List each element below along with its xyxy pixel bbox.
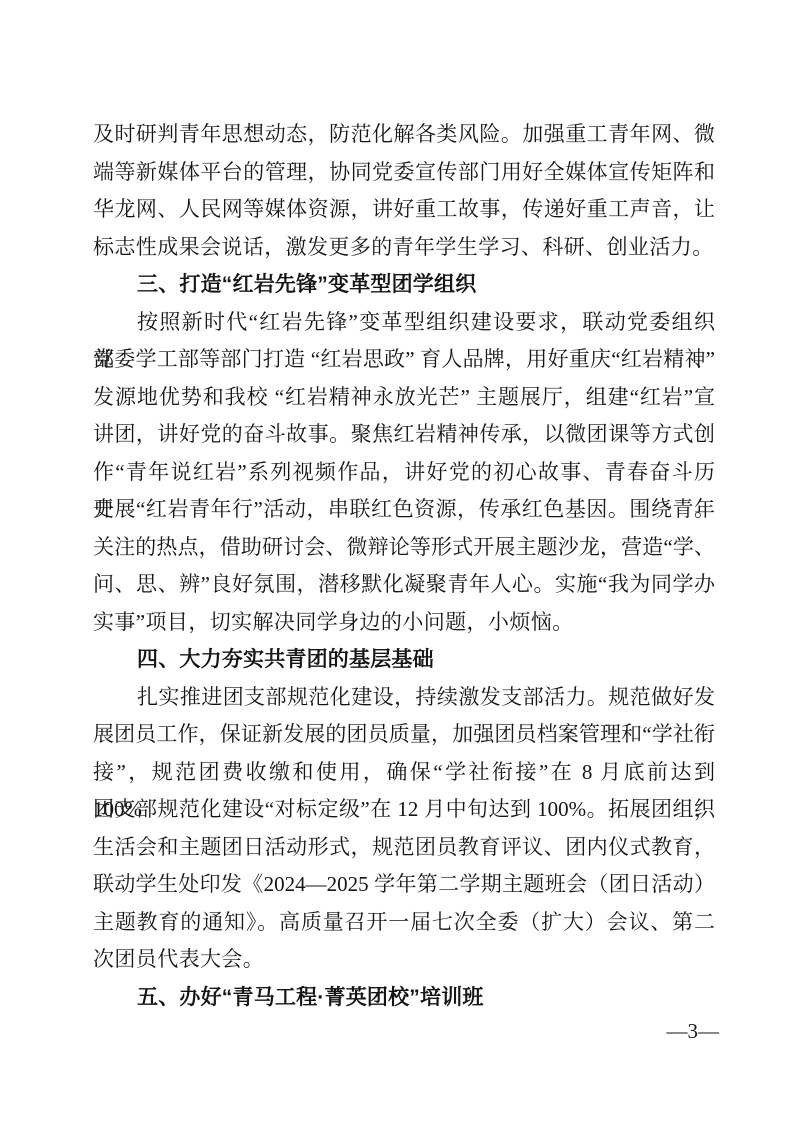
document-body: 及时研判青年思想动态，防范化解各类风险。加强重工青年网、微端等新媒体平台的管理，… — [93, 116, 715, 1016]
page-number: —3— — [667, 1018, 720, 1044]
text-line: 团支部规范化建设“对标定级”在 12 月中旬达到 100%。拓展团组织 — [93, 791, 715, 829]
text-line: 讲团，讲好党的奋斗故事。聚焦红岩精神传承，以微团课等方式创 — [93, 416, 715, 454]
section-heading: 五、办好“青马工程·菁英团校”培训班 — [93, 979, 715, 1017]
section-heading: 四、大力夯实共青团的基层基础 — [93, 641, 715, 679]
text-line: 作“青年说红岩”系列视频作品，讲好党的初心故事、青春奋斗历史。 — [93, 454, 715, 492]
text-line: 扎实推进团支部规范化建设，持续激发支部活力。规范做好发 — [93, 679, 715, 717]
section-heading: 三、打造“红岩先锋”变革型团学组织 — [93, 266, 715, 304]
text-line: 标志性成果会说话，激发更多的青年学生学习、科研、创业活力。 — [93, 229, 715, 267]
text-line: 展团员工作，保证新发展的团员质量，加强团员档案管理和“学社衔 — [93, 716, 715, 754]
text-line: 次团员代表大会。 — [93, 941, 715, 979]
text-line: 联动学生处印发《2024—2025 学年第二学期主题班会（团日活动） — [93, 866, 715, 904]
text-line: 及时研判青年思想动态，防范化解各类风险。加强重工青年网、微 — [93, 116, 715, 154]
text-line: 开展“红岩青年行”活动，串联红色资源，传承红色基因。围绕青年 — [93, 491, 715, 529]
text-line: 实事”项目，切实解决同学身边的小问题，小烦恼。 — [93, 604, 715, 642]
text-line: 接”，规范团费收缴和使用，确保“学社衔接”在 8 月底前达到 100%， — [93, 754, 715, 792]
text-line: 关注的热点，借助研讨会、微辩论等形式开展主题沙龙，营造“学、 — [93, 529, 715, 567]
text-line: 华龙网、人民网等媒体资源，讲好重工故事，传递好重工声音，让 — [93, 191, 715, 229]
text-line: 主题教育的通知》。高质量召开一届七次全委（扩大）会议、第二 — [93, 904, 715, 942]
text-line: 党委学工部等部门打造 “红岩思政” 育人品牌，用好重庆“红岩精神” — [93, 341, 715, 379]
text-line: 发源地优势和我校 “红岩精神永放光芒” 主题展厅，组建“红岩”宣 — [93, 379, 715, 417]
text-line: 问、思、辨”良好氛围，潜移默化凝聚青年人心。实施“我为同学办 — [93, 566, 715, 604]
text-line: 生活会和主题团日活动形式，规范团员教育评议、团内仪式教育， — [93, 829, 715, 867]
document-page: 及时研判青年思想动态，防范化解各类风险。加强重工青年网、微端等新媒体平台的管理，… — [0, 0, 793, 1122]
text-line: 按照新时代“红岩先锋”变革型组织建设要求，联动党委组织部、 — [93, 304, 715, 342]
text-line: 端等新媒体平台的管理，协同党委宣传部门用好全媒体宣传矩阵和 — [93, 154, 715, 192]
